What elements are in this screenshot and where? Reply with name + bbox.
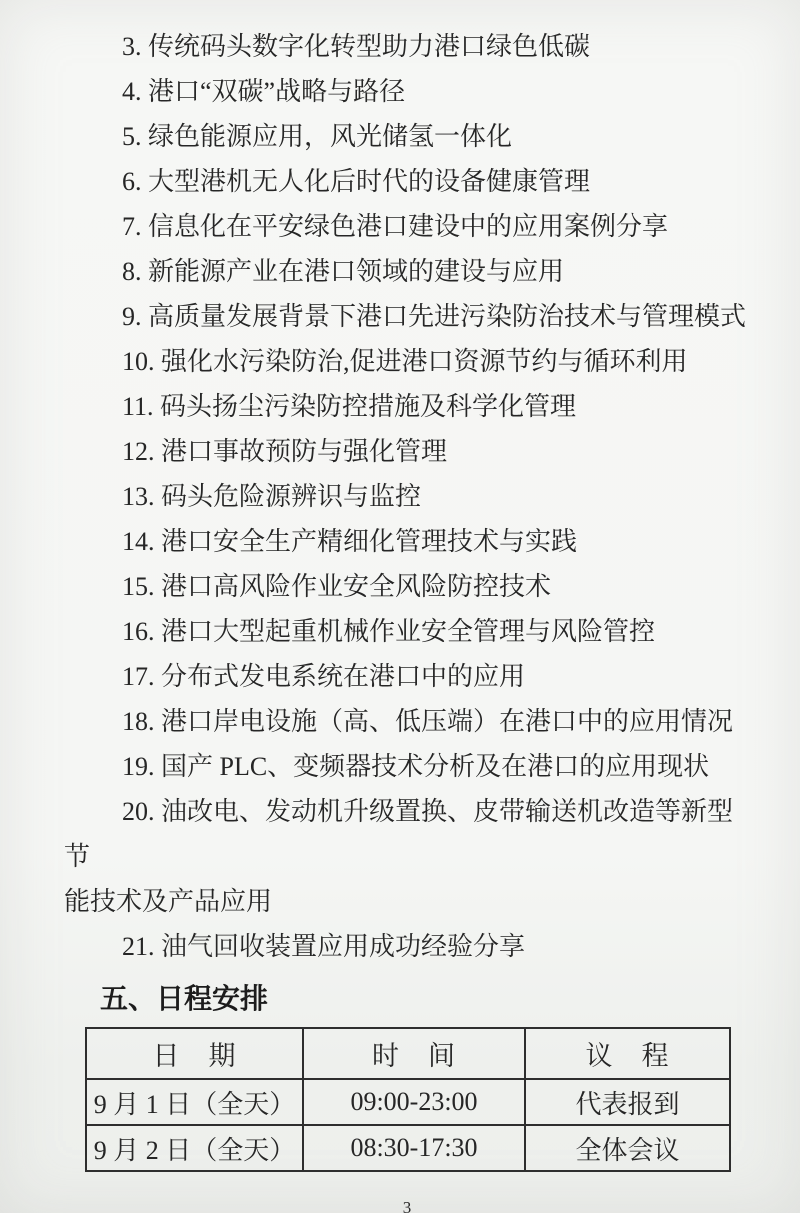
schedule-header-row: 日 期 时 间 议 程 — [86, 1028, 730, 1079]
cell-date: 9 月 2 日（全天） — [86, 1125, 303, 1171]
agenda-item: 10. 强化水污染防治,促进港口资源节约与循环利用 — [64, 339, 750, 384]
cell-time: 08:30-17:30 — [303, 1125, 525, 1171]
agenda-item: 7. 信息化在平安绿色港口建设中的应用案例分享 — [64, 204, 750, 249]
agenda-item: 13. 码头危险源辨识与监控 — [64, 474, 750, 519]
cell-time: 09:00-23:00 — [303, 1079, 525, 1125]
agenda-item: 20. 油改电、发动机升级置换、皮带输送机改造等新型节 能技术及产品应用 — [64, 789, 750, 924]
agenda-item: 21. 油气回收装置应用成功经验分享 — [64, 924, 750, 969]
page-number: 3 — [64, 1198, 750, 1213]
agenda-item: 5. 绿色能源应用，风光储氢一体化 — [64, 114, 750, 159]
agenda-item: 18. 港口岸电设施（高、低压端）在港口中的应用情况 — [64, 699, 750, 744]
agenda-item: 9. 高质量发展背景下港口先进污染防治技术与管理模式 — [64, 294, 750, 339]
schedule-table: 日 期 时 间 议 程 9 月 1 日（全天） 09:00-23:00 代表报到… — [85, 1027, 731, 1172]
cell-agenda: 全体会议 — [525, 1125, 730, 1171]
agenda-item: 11. 码头扬尘污染防控措施及科学化管理 — [64, 384, 750, 429]
agenda-item: 6. 大型港机无人化后时代的设备健康管理 — [64, 159, 750, 204]
agenda-item: 3. 传统码头数字化转型助力港口绿色低碳 — [64, 24, 750, 69]
agenda-item: 4. 港口“双碳”战略与路径 — [64, 69, 750, 114]
agenda-item: 12. 港口事故预防与强化管理 — [64, 429, 750, 474]
page-content: 3. 传统码头数字化转型助力港口绿色低碳 4. 港口“双碳”战略与路径 5. 绿… — [0, 0, 800, 1213]
cell-date: 9 月 1 日（全天） — [86, 1079, 303, 1125]
schedule-row: 9 月 1 日（全天） 09:00-23:00 代表报到 — [86, 1079, 730, 1125]
col-header-time: 时 间 — [303, 1028, 525, 1079]
document-page: 3. 传统码头数字化转型助力港口绿色低碳 4. 港口“双碳”战略与路径 5. 绿… — [0, 0, 800, 1213]
cell-agenda: 代表报到 — [525, 1079, 730, 1125]
agenda-item: 19. 国产 PLC、变频器技术分析及在港口的应用现状 — [64, 744, 750, 789]
schedule-row: 9 月 2 日（全天） 08:30-17:30 全体会议 — [86, 1125, 730, 1171]
section-heading: 五、日程安排 — [64, 979, 750, 1019]
agenda-item: 8. 新能源产业在港口领域的建设与应用 — [64, 249, 750, 294]
col-header-date: 日 期 — [86, 1028, 303, 1079]
agenda-item: 15. 港口高风险作业安全风险防控技术 — [64, 564, 750, 609]
col-header-agenda: 议 程 — [525, 1028, 730, 1079]
agenda-item: 14. 港口安全生产精细化管理技术与实践 — [64, 519, 750, 564]
agenda-item: 16. 港口大型起重机械作业安全管理与风险管控 — [64, 609, 750, 654]
agenda-item: 17. 分布式发电系统在港口中的应用 — [64, 654, 750, 699]
